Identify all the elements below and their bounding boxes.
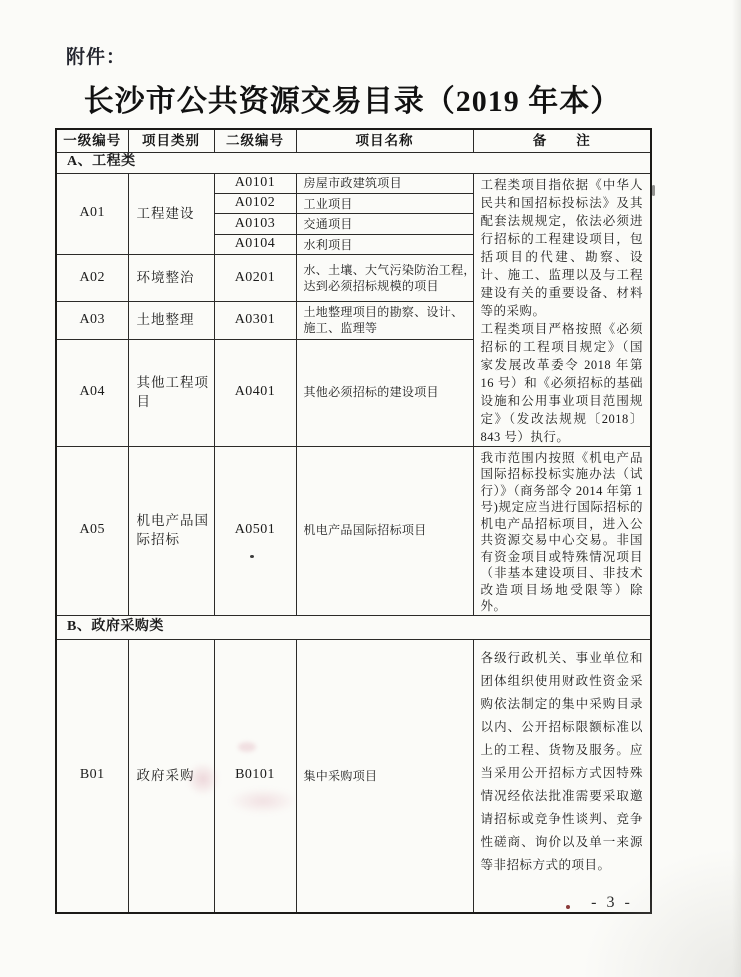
cell-a0201-code: A0201 [214, 255, 296, 301]
table-row-a05: A05 机电产品国际招标 A0501 机电产品国际招标项目 我市范围内按照《机电… [56, 446, 651, 615]
remark-paragraph-1: 工程类项目指依据《中华人民共和国招标投标法》及其配套法规规定，依法必须进行招标的… [481, 176, 644, 320]
name-line: 达到必须招标规模的项目 [304, 278, 472, 294]
table-row-a0101: A01 工程建设 A0101 房屋市政建筑项目 工程类项目指依据《中华人民共和国… [56, 173, 651, 193]
cell-a0301-code: A0301 [214, 301, 296, 339]
cell-remark-a05: 我市范围内按照《机电产品国际招标投标实施办法（试行）》（商务部令 2014 年第… [473, 446, 651, 615]
cell-a0104-name: 水利项目 [296, 234, 473, 254]
cell-a03-code: A03 [56, 301, 128, 339]
cell-a02-category: 环境整治 [128, 255, 214, 301]
cell-a04-code: A04 [56, 339, 128, 446]
cell-b01-code: B01 [56, 639, 128, 913]
scan-edge-shadow [732, 0, 741, 977]
page-number: - 3 - [552, 894, 672, 912]
cell-a0501-name: 机电产品国际招标项目 [296, 446, 473, 615]
cell-a0401-code: A0401 [214, 339, 296, 446]
section-b-label: B、政府采购类 [56, 615, 651, 639]
scan-artifact-tick [652, 185, 655, 196]
cell-a0103-name: 交通项目 [296, 214, 473, 235]
section-b-row: B、政府采购类 [56, 615, 651, 639]
scanned-document-page: { "document": { "attachment_label": "附件：… [0, 0, 741, 977]
name-line: 水、土壤、大气污染防治工程， [304, 262, 472, 278]
catalog-table: 一级编号 项目类别 二级编号 项目名称 备 注 A、工程类 A01 工程建设 A… [55, 128, 652, 914]
cell-a0301-name: 土地整理项目的勘察、设计、 施工、监理等 [296, 301, 473, 339]
cell-b0101-code: B0101 [214, 639, 296, 913]
col-header-category: 项目类别 [128, 129, 214, 152]
col-header-project-name: 项目名称 [296, 129, 473, 152]
cell-a0401-name: 其他必须招标的建设项目 [296, 339, 473, 446]
cell-a02-code: A02 [56, 255, 128, 301]
col-header-remarks: 备 注 [473, 129, 651, 152]
page-title: 长沙市公共资源交易目录（2019 年本） [55, 76, 650, 120]
cell-a0102-code: A0102 [214, 193, 296, 213]
remark-paragraph-2: 工程类项目严格按照《必须招标的工程项目规定》（国家发展改革委令 2018 年第 … [481, 320, 644, 446]
name-line: 土地整理项目的勘察、设计、 [304, 304, 472, 320]
cell-remark-a01-a04: 工程类项目指依据《中华人民共和国招标投标法》及其配套法规规定，依法必须进行招标的… [473, 173, 651, 446]
table-row-b01: B01 政府采购 B0101 集中采购项目 各级行政机关、事业单位和团体组织使用… [56, 639, 651, 913]
name-line: 施工、监理等 [304, 320, 472, 336]
cell-a05-category: 机电产品国际招标 [128, 446, 214, 615]
section-a-row: A、工程类 [56, 152, 651, 173]
cell-a0101-name: 房屋市政建筑项目 [296, 173, 473, 193]
cell-a0103-code: A0103 [214, 214, 296, 235]
cell-a0101-code: A0101 [214, 173, 296, 193]
cell-a03-category: 土地整理 [128, 301, 214, 339]
cell-a01-code: A01 [56, 173, 128, 255]
cell-a0102-name: 工业项目 [296, 193, 473, 213]
table-header-row: 一级编号 项目类别 二级编号 项目名称 备 注 [56, 129, 651, 152]
cell-b01-category: 政府采购 [128, 639, 214, 913]
cell-a01-category: 工程建设 [128, 173, 214, 255]
col-header-level1-code: 一级编号 [56, 129, 128, 152]
cell-a0501-code: A0501 [214, 446, 296, 615]
cell-b0101-name: 集中采购项目 [296, 639, 473, 913]
cell-a0104-code: A0104 [214, 234, 296, 254]
col-header-level2-code: 二级编号 [214, 129, 296, 152]
cell-a05-code: A05 [56, 446, 128, 615]
cell-a0201-name: 水、土壤、大气污染防治工程， 达到必须招标规模的项目 [296, 255, 473, 301]
cell-remark-b01: 各级行政机关、事业单位和团体组织使用财政性资金采购依法制定的集中采购目录以内、公… [473, 639, 651, 913]
section-a-label: A、工程类 [56, 152, 651, 173]
cell-a04-category: 其他工程项目 [128, 339, 214, 446]
attachment-label: 附件： [66, 42, 126, 69]
